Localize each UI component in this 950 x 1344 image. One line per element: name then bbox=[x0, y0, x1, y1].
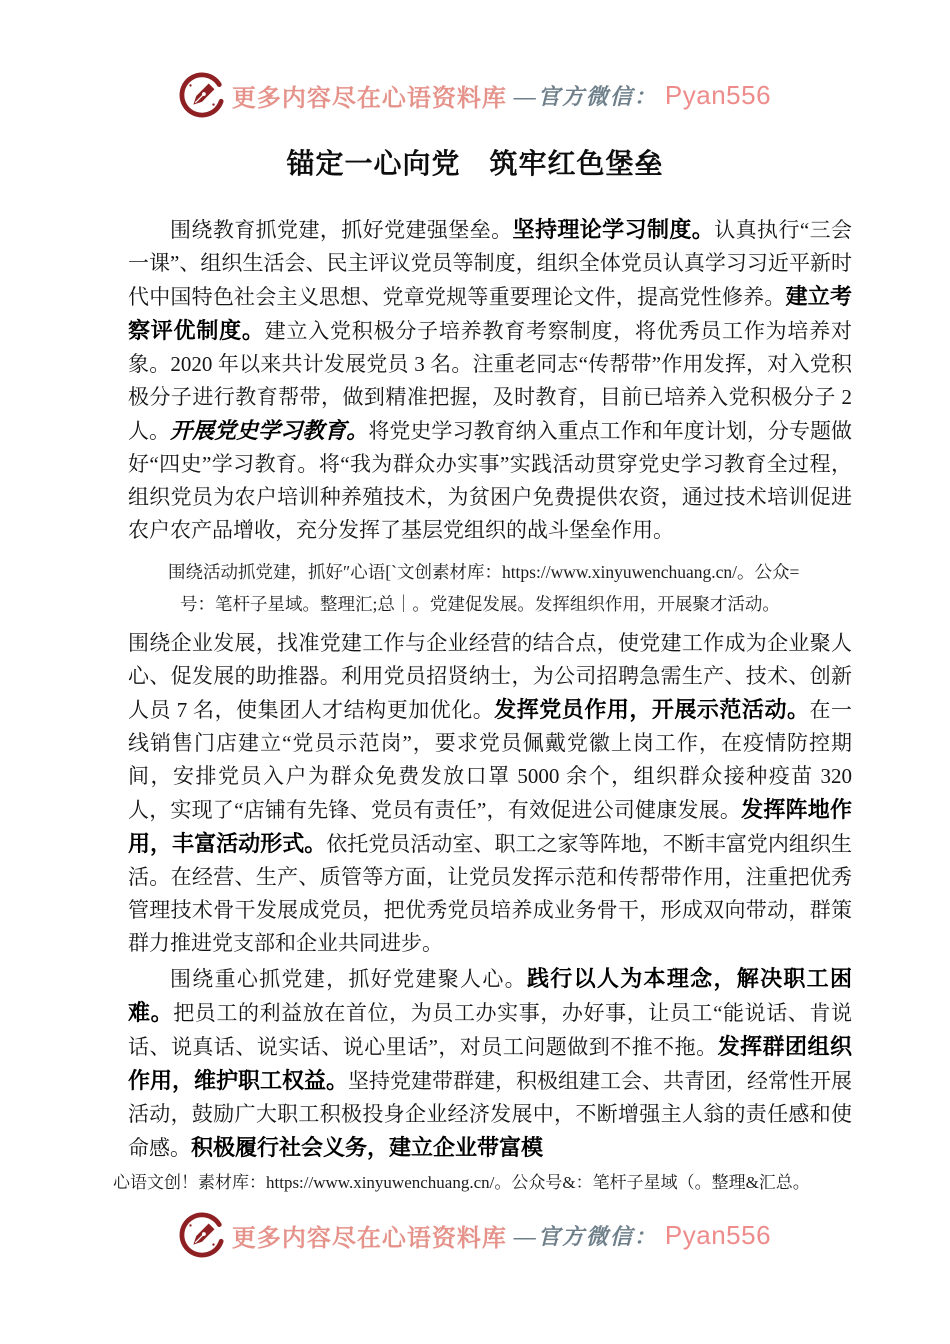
emphasis-text-run: 发挥党员作用，开展示范活动。 bbox=[494, 697, 809, 722]
emphasis-text-run: 围绕教育抓党建，抓好党建强堡垒。 bbox=[170, 219, 513, 242]
emphasis-text-run: 开展党史学习教育。 bbox=[170, 418, 368, 443]
watermark-wechat-label: —官方微信： bbox=[514, 80, 658, 111]
watermark-wechat-id: Pyan556 bbox=[665, 1220, 771, 1251]
watermark-text: 更多内容尽在心语资料库 bbox=[232, 78, 507, 113]
emphasis-text-run: 围绕重心抓党建，抓好党建聚人心。 bbox=[170, 968, 527, 991]
document-body: 围绕教育抓党建，抓好党建强堡垒。坚持理论学习制度。认真执行“三会一课”、组织生活… bbox=[128, 213, 852, 1198]
watermark-wechat-label: —官方微信： bbox=[514, 1220, 658, 1251]
document-page: 更多内容尽在心语资料库—官方微信：Pyan556 锚定一心向党 筑牢红色堡垒 围… bbox=[0, 0, 950, 1344]
paragraph-education: 围绕教育抓党建，抓好党建强堡垒。坚持理论学习制度。认真执行“三会一课”、组织生活… bbox=[128, 213, 852, 547]
emphasis-text-run: 积极履行社会义务，建立企业带富模 bbox=[191, 1135, 543, 1160]
page-title: 锚定一心向党 筑牢红色堡垒 bbox=[0, 142, 950, 182]
paragraph-people: 围绕重心抓党建，抓好党建聚人心。践行以人为本理念，解决职工困难。把员工的利益放在… bbox=[128, 962, 852, 1165]
paragraph-enterprise: 围绕企业发展，找准党建工作与企业经营的结合点，使党建工作成为企业聚人心、促发展的… bbox=[128, 627, 852, 960]
pen-circle-logo-icon bbox=[179, 1212, 225, 1258]
inline-watermark-line-2: 号：笔杆子星域。整理汇;总｜。党建促发展。发挥组织作用，开展聚才活动。 bbox=[128, 589, 852, 619]
inline-watermark-bottom: 心语文创！素材库：https://www.xinyuwenchuang.cn/。… bbox=[113, 1168, 852, 1198]
header-watermark: 更多内容尽在心语资料库—官方微信：Pyan556 bbox=[0, 72, 950, 118]
inline-watermark-line-1: 围绕活动抓党建，抓好″心语[`文创素材库：https://www.xinyuwe… bbox=[128, 557, 852, 587]
pen-circle-logo-icon bbox=[179, 72, 225, 118]
watermark-text: 更多内容尽在心语资料库 bbox=[232, 1218, 507, 1253]
emphasis-text-run: 坚持理论学习制度。 bbox=[513, 217, 715, 242]
watermark-wechat-id: Pyan556 bbox=[665, 80, 771, 111]
footer-watermark: 更多内容尽在心语资料库—官方微信：Pyan556 bbox=[0, 1212, 950, 1258]
